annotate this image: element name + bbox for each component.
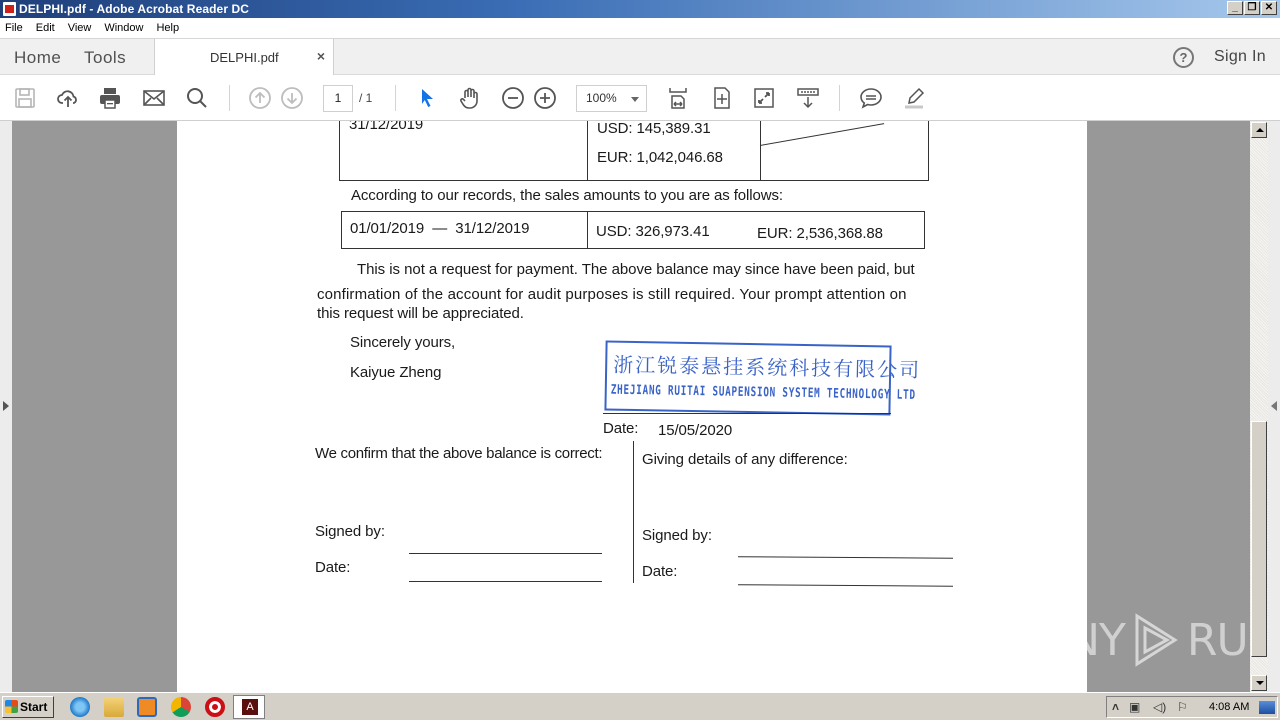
next-page-icon[interactable] [279,85,305,111]
highlight-icon[interactable] [901,85,927,111]
scroll-up-button[interactable] [1251,122,1267,138]
toolbar-divider [395,85,396,111]
restore-button[interactable]: ❐ [1244,1,1260,15]
tab-document[interactable]: DELPHI.pdf × [154,39,334,76]
confirm-correct-label: We confirm that the above balance is cor… [315,445,602,462]
date-label: Date: [603,420,638,437]
hand-icon[interactable] [457,85,483,111]
toolbar: 1 / 1 100% [0,75,1280,121]
media-player-icon[interactable] [137,697,157,717]
stamp-english: ZHEJIANG RUITAI SUAPENSION SYSTEM TECHNO… [611,383,916,403]
play-logo-icon [1131,612,1181,668]
toolbar-divider [839,85,840,111]
sales-intro: According to our records, the sales amou… [351,187,783,204]
date-left-label: Date: [315,559,350,576]
chrome-icon[interactable] [171,697,191,717]
sign-in-button[interactable]: Sign In [1214,48,1266,66]
balance-date: 31/12/2019 [349,121,423,133]
sales-period: 01/01/2019 — 31/12/2019 [350,220,529,237]
menu-bar: File Edit View Window Help [0,18,1280,38]
show-desktop-icon[interactable] [1259,701,1275,714]
internet-explorer-icon[interactable] [70,697,90,717]
paragraph-line-2: confirmation of the account for audit pu… [317,286,907,303]
pdf-page: 31/12/2019 USD: 145,389.31 EUR: 1,042,04… [177,121,1087,692]
paragraph-line-1: This is not a request for payment. The a… [357,261,915,278]
clock[interactable]: 4:08 AM [1209,701,1249,713]
upload-cloud-icon[interactable] [55,85,81,111]
taskbar: Start A ˄ ▣ ◁) ⚐ 4:08 AM [0,692,1280,720]
difference-label: Giving details of any difference: [642,451,848,468]
date-right-line [738,584,953,587]
zoom-level-value: 100% [586,91,617,105]
system-tray: ˄ ▣ ◁) ⚐ 4:08 AM [1106,696,1278,718]
comment-icon[interactable] [858,85,884,111]
right-panel-toggle[interactable] [1268,121,1280,692]
sales-usd: USD: 326,973.41 [596,223,710,240]
tab-home[interactable]: Home [14,48,61,68]
title-bar: DELPHI.pdf - Adobe Acrobat Reader DC _ ❐… [0,0,1280,18]
tab-tools[interactable]: Tools [84,48,126,68]
signed-by-left-line [409,553,602,554]
windows-logo-icon [5,700,18,713]
acrobat-taskbar-button[interactable]: A [233,695,265,719]
zoom-in-icon[interactable] [532,85,558,111]
vertical-scrollbar[interactable] [1250,121,1268,692]
scrollbar-thumb[interactable] [1251,421,1267,657]
scroll-down-button[interactable] [1251,675,1267,691]
select-arrow-icon[interactable] [414,85,440,111]
tab-bar: Home Tools DELPHI.pdf × ? Sign In [0,38,1280,75]
network-icon[interactable]: ▣ [1129,700,1140,714]
paragraph-line-3: this request will be appreciated. [317,305,524,322]
action-center-flag-icon[interactable]: ⚐ [1177,700,1188,714]
close-tab-icon[interactable]: × [317,48,325,64]
start-button[interactable]: Start [2,696,54,718]
page-total: / 1 [359,91,372,105]
left-panel-toggle[interactable] [0,121,12,692]
window-title: DELPHI.pdf - Adobe Acrobat Reader DC [19,2,249,16]
minimize-button[interactable]: _ [1227,1,1243,15]
acrobat-icon: A [242,699,258,715]
zoom-out-icon[interactable] [500,85,526,111]
date-value: 15/05/2020 [658,422,732,439]
date-left-line [409,581,602,582]
save-icon[interactable] [12,85,38,111]
show-hidden-icons[interactable]: ˄ [1112,700,1119,714]
menu-file[interactable]: File [5,22,23,34]
sales-eur: EUR: 2,536,368.88 [757,225,883,242]
balance-eur: EUR: 1,042,046.68 [597,149,723,166]
closing: Sincerely yours, [350,334,455,351]
signer-name: Kaiyue Zheng [350,364,441,381]
expand-left-panel-icon[interactable] [3,401,9,411]
opera-icon[interactable] [205,697,225,717]
anyrun-watermark: ANY RUN [1038,610,1280,670]
fullscreen-icon[interactable] [751,85,777,111]
file-explorer-icon[interactable] [104,697,124,717]
prev-page-icon[interactable] [247,85,273,111]
date-right-label: Date: [642,563,677,580]
email-icon[interactable] [141,85,167,111]
menu-edit[interactable]: Edit [36,22,55,34]
volume-icon[interactable]: ◁) [1153,700,1166,714]
help-icon[interactable]: ? [1173,47,1194,68]
close-window-button[interactable]: ✕ [1261,1,1277,15]
fit-width-icon[interactable] [665,85,691,111]
search-icon[interactable] [184,85,210,111]
scroll-mode-icon[interactable] [795,85,821,111]
menu-help[interactable]: Help [156,22,179,34]
menu-window[interactable]: Window [104,22,143,34]
expand-right-panel-icon[interactable] [1271,401,1277,411]
balance-usd: USD: 145,389.31 [597,121,711,137]
chevron-down-icon [631,97,639,102]
stamp-chinese: 浙江锐泰悬挂系统科技有限公司 [613,349,921,383]
signed-by-left-label: Signed by: [315,523,385,540]
company-stamp: 浙江锐泰悬挂系统科技有限公司 ZHEJIANG RUITAI SUAPENSIO… [604,341,891,416]
page-number-input[interactable]: 1 [323,85,353,112]
fit-page-icon[interactable] [709,85,735,111]
print-icon[interactable] [97,85,123,111]
signed-by-right-line [738,556,953,559]
toolbar-divider [229,85,230,111]
acrobat-app-icon [3,2,16,16]
zoom-level-select[interactable]: 100% [576,85,647,112]
menu-view[interactable]: View [68,22,92,34]
signed-by-right-label: Signed by: [642,527,712,544]
document-tab-label: DELPHI.pdf [210,50,279,65]
